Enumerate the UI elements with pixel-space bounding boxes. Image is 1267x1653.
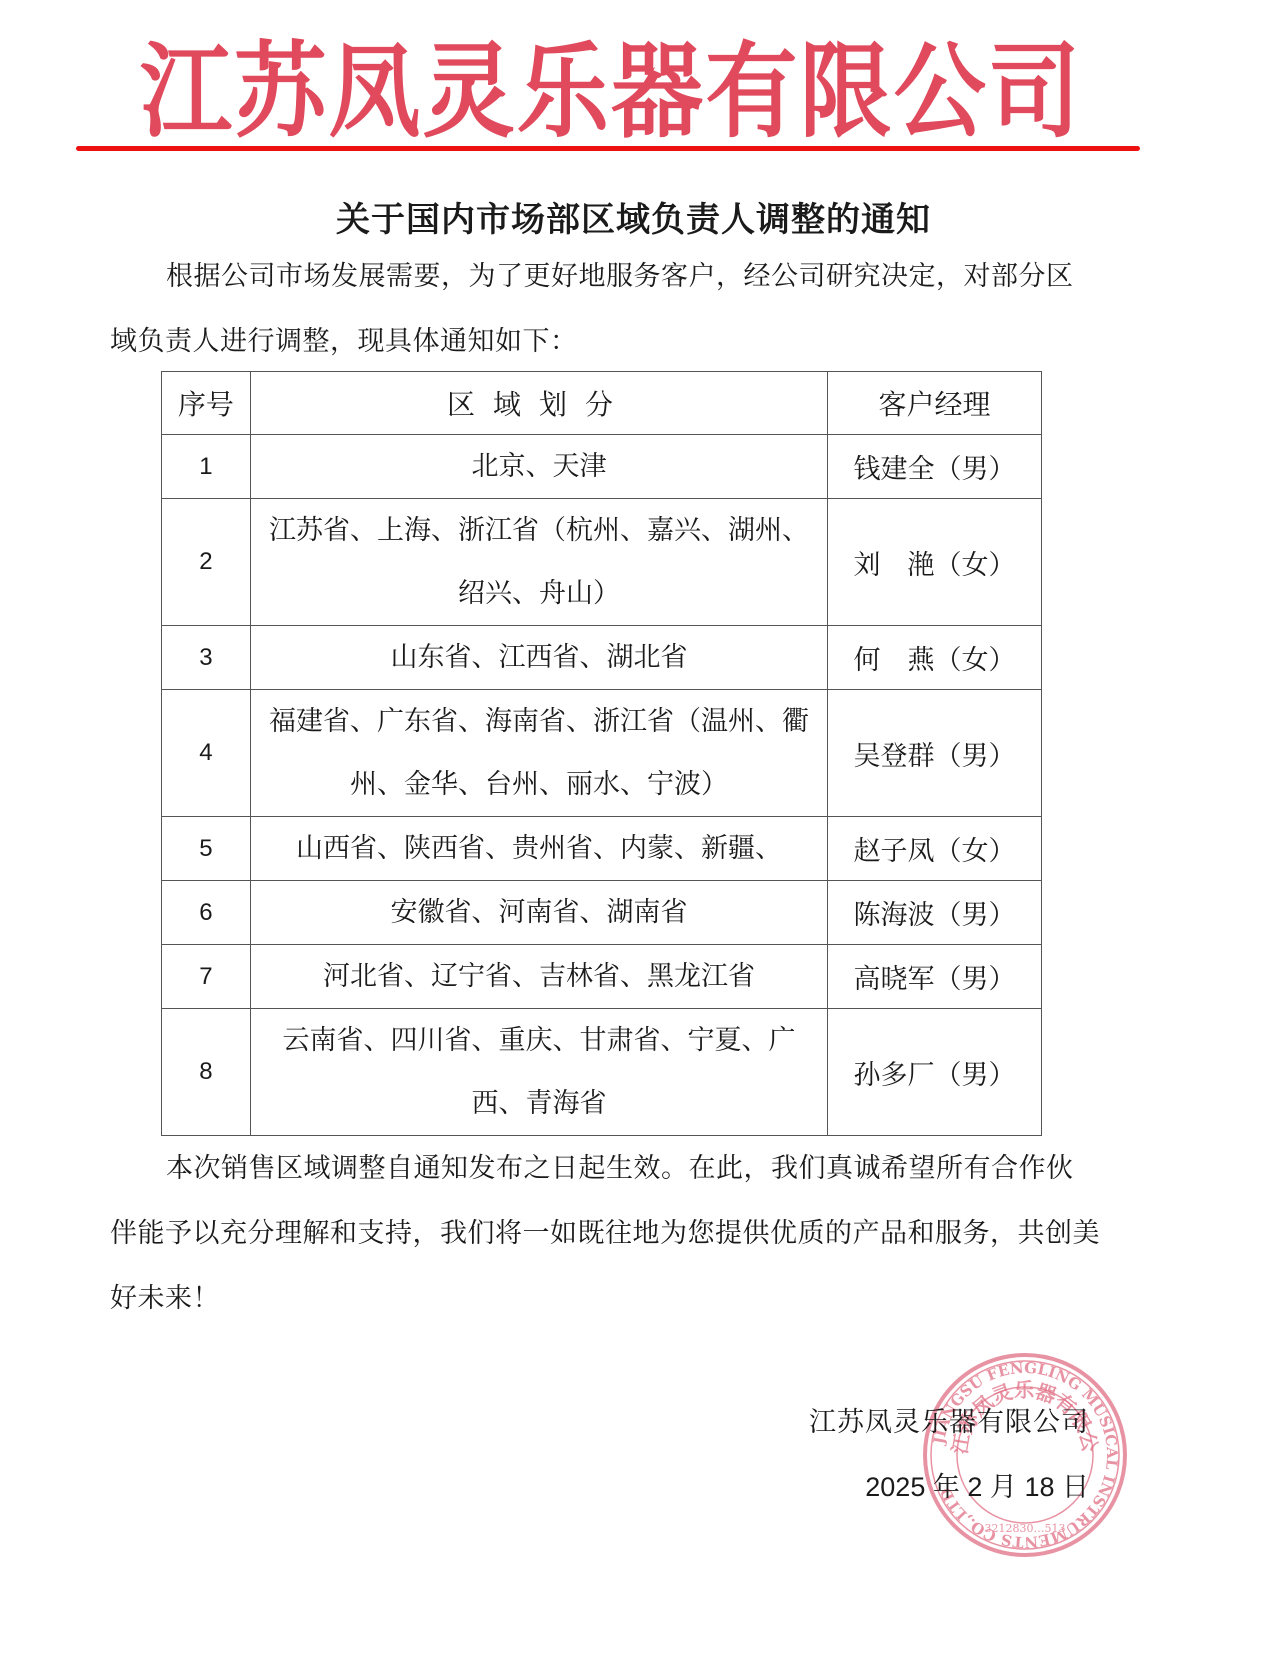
row-manager: 陈海波（男） [828, 881, 1042, 945]
table-row: 3山东省、江西省、湖北省何 燕（女） [162, 626, 1042, 690]
date-day: 18 [1024, 1472, 1054, 1502]
date-year-unit: 年 [933, 1472, 960, 1503]
header-index: 序号 [162, 372, 251, 435]
row-region: 山西省、陕西省、贵州省、内蒙、新疆、 [250, 817, 827, 881]
letterhead-char: 器 [611, 39, 703, 142]
date-month: 2 [967, 1472, 982, 1502]
table-row: 5山西省、陕西省、贵州省、内蒙、新疆、赵子凤（女） [162, 817, 1042, 881]
letterhead-company-name: 江苏凤灵乐器有限公司 [140, 36, 1080, 146]
letterhead-char: 公 [894, 39, 986, 142]
letterhead-red-rule [76, 146, 1140, 151]
date-month-unit: 月 [990, 1472, 1017, 1503]
row-manager: 赵子凤（女） [828, 817, 1042, 881]
row-region: 山东省、江西省、湖北省 [250, 626, 827, 690]
date-day-unit: 日 [1062, 1472, 1089, 1503]
row-region: 江苏省、上海、浙江省（杭州、嘉兴、湖州、绍兴、舟山） [250, 499, 827, 626]
signature-company: 江苏凤灵乐器有限公司 [809, 1400, 1089, 1439]
notice-title: 关于国内市场部区域负责人调整的通知 [0, 192, 1267, 241]
letterhead-char: 凤 [328, 39, 420, 142]
signature-date: 2025 年 2 月 18 日 [865, 1465, 1089, 1504]
row-manager: 吴登群（男） [828, 690, 1042, 817]
row-index: 6 [162, 881, 251, 945]
table-header-row: 序号 区域划分 客户经理 [162, 372, 1042, 435]
row-manager: 刘 滟（女） [828, 499, 1042, 626]
row-index: 7 [162, 945, 251, 1009]
closing-text: 本次销售区域调整自通知发布之日起生效。在此，我们真诚希望所有合作伙伴能予以充分理… [110, 1153, 1100, 1314]
row-manager: 高晓军（男） [828, 945, 1042, 1009]
letterhead-char: 乐 [517, 39, 609, 142]
table-row: 8云南省、四川省、重庆、甘肃省、宁夏、广西、青海省孙多厂（男） [162, 1009, 1042, 1136]
row-region: 河北省、辽宁省、吉林省、黑龙江省 [250, 945, 827, 1009]
table-row: 4福建省、广东省、海南省、浙江省（温州、衢州、金华、台州、丽水、宁波）吴登群（男… [162, 690, 1042, 817]
row-index: 1 [162, 435, 251, 499]
header-region: 区域划分 [250, 372, 827, 435]
letterhead-char: 限 [800, 39, 892, 142]
table-row: 2江苏省、上海、浙江省（杭州、嘉兴、湖州、绍兴、舟山）刘 滟（女） [162, 499, 1042, 626]
row-index: 2 [162, 499, 251, 626]
intro-paragraph: 根据公司市场发展需要，为了更好地服务客户，经公司研究决定，对部分区域负责人进行调… [110, 244, 1100, 374]
region-assignment-table: 序号 区域划分 客户经理 1北京、天津钱建全（男）2江苏省、上海、浙江省（杭州、… [161, 371, 1042, 1136]
table-row: 7河北省、辽宁省、吉林省、黑龙江省高晓军（男） [162, 945, 1042, 1009]
letterhead-char: 司 [988, 39, 1080, 142]
row-manager: 孙多厂（男） [828, 1009, 1042, 1136]
header-manager: 客户经理 [828, 372, 1042, 435]
row-manager: 钱建全（男） [828, 435, 1042, 499]
row-index: 8 [162, 1009, 251, 1136]
row-manager: 何 燕（女） [828, 626, 1042, 690]
table-row: 1北京、天津钱建全（男） [162, 435, 1042, 499]
letterhead-char: 苏 [234, 39, 326, 142]
row-region: 福建省、广东省、海南省、浙江省（温州、衢州、金华、台州、丽水、宁波） [250, 690, 827, 817]
letterhead-char: 有 [705, 39, 797, 142]
row-region: 云南省、四川省、重庆、甘肃省、宁夏、广西、青海省 [250, 1009, 827, 1136]
row-index: 4 [162, 690, 251, 817]
company-seal-icon: JIANGSU FENGLING MUSICAL INSTRUMENTS CO.… [920, 1350, 1130, 1560]
row-index: 5 [162, 817, 251, 881]
row-region: 北京、天津 [250, 435, 827, 499]
date-year: 2025 [865, 1472, 925, 1502]
letterhead-char: 灵 [423, 39, 515, 142]
table-row: 6安徽省、河南省、湖南省陈海波（男） [162, 881, 1042, 945]
closing-paragraph: 本次销售区域调整自通知发布之日起生效。在此，我们真诚希望所有合作伙伴能予以充分理… [110, 1136, 1100, 1331]
row-index: 3 [162, 626, 251, 690]
letterhead-char: 江 [140, 39, 232, 142]
row-region: 安徽省、河南省、湖南省 [250, 881, 827, 945]
svg-text:3212830…513: 3212830…513 [985, 1522, 1066, 1535]
intro-text: 根据公司市场发展需要，为了更好地服务客户，经公司研究决定，对部分区域负责人进行调… [110, 261, 1074, 357]
